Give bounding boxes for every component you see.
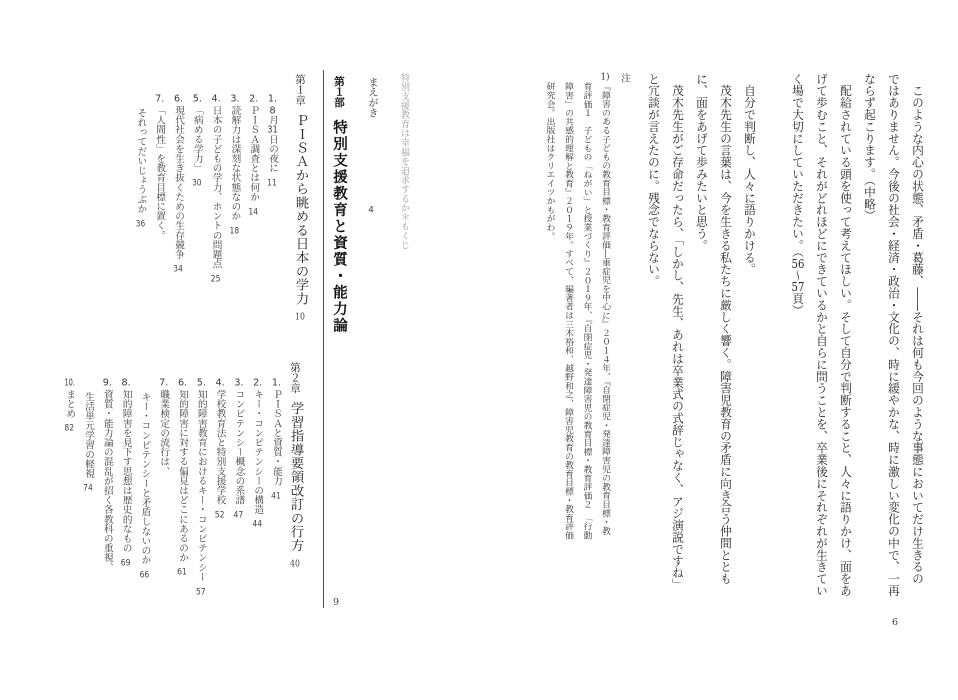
toc-entry: 3.コンピテンシー概念の系譜47 <box>229 362 248 622</box>
toc-entry-label: ＰＩＳＡと資質・能力 <box>271 390 282 486</box>
toc-entry-label: 現代社会を生き抜くための生存競争 <box>173 106 184 260</box>
toc-entry-page: 52 <box>215 511 225 520</box>
body-column: と冗談が言えたのに。残念でならない。 <box>642 73 666 598</box>
part-heading: 第１部特別支援教育と資質・能力論 <box>329 76 350 334</box>
left-page-number: 9 <box>333 597 339 608</box>
toc-entry-page: 34 <box>173 265 183 274</box>
toc-entry-page: 74 <box>83 484 93 493</box>
toc-entry: 6.知的障害に対する偏見はどこにあるのか61 <box>172 362 191 622</box>
body-column: 茂木先生がご存命だったら、「しかし、先生、あれは卒業式の式辞じゃなく、アジ演説で… <box>666 73 690 598</box>
toc-entry-label: まとめ <box>64 390 75 419</box>
toc-entry: 9.資質・能力論の混乱が招く各教科の重視、 <box>97 362 116 622</box>
toc-entry-label: 生活単元学習の軽視 <box>83 392 94 478</box>
toc-entry-label: 「人間性」を教育目標に置く。 <box>154 106 165 240</box>
toc-entry-number: 2. <box>248 94 259 104</box>
note-column: 障害」の共感的理解と教育』２０１９年。すべて、編著者は三木裕和、越野和之、障害児… <box>559 73 578 598</box>
toc-entry-label: 知的障害を見下す思想は歴史的なもの <box>121 390 132 553</box>
toc-entry-number: 6. <box>177 378 188 388</box>
toc-entry-label: それってだいじょうぶか <box>135 108 146 214</box>
toc-entry: 7.職業検定の流行は、 <box>153 362 172 622</box>
toc-entry-label: コンピテンシー概念の系譜 <box>233 390 244 505</box>
toc-entry-page: 69 <box>121 559 131 568</box>
toc-entry-page: 44 <box>252 520 262 529</box>
running-head: 特別支援教育は幸福を追求するか＊もくじ <box>398 73 411 250</box>
toc-entry-number: 7. <box>154 94 165 104</box>
body-column: ではありません。今後の社会・経済・政治・文化の、時に緩やかな、時に激しい変化の中… <box>882 73 906 598</box>
body-column: 配給されている頭を使って考えてほしい。そして自分で判断すること、人々に語りかけ、… <box>834 73 858 598</box>
toc-entry: 5.「病める学力」30 <box>187 74 206 354</box>
toc-entry-page: 47 <box>233 511 243 520</box>
toc-entry-label: 読解力は深刻な状態なのか <box>229 106 240 221</box>
toc-entry-page: 30 <box>192 179 202 188</box>
toc-entry-label: 資質・能力論の混乱が招く各教科の重視、 <box>102 390 113 572</box>
right-page-number: 6 <box>892 617 898 628</box>
toc-entry-label: 職業検定の流行は、 <box>158 390 169 476</box>
toc-entry-page: 36 <box>135 220 145 229</box>
toc-entry-page: 25 <box>211 275 221 284</box>
toc-entry: 5.知的障害教育におけるキー・コンピテンシー57 <box>191 362 210 622</box>
front-matter-page: 4 <box>366 206 376 215</box>
chapter1-title: ＰＩＳＡから眺める日本の学力 <box>293 114 308 306</box>
chapter2-heading: 第２章学習指導要領改訂の行方40 <box>285 362 305 622</box>
body-column: 自分で判断し、人々に語りかける。 <box>738 73 762 598</box>
toc-entry-number: 5. <box>192 94 203 104</box>
toc-entry-number: 7. <box>158 378 169 388</box>
toc-entry-number: 3. <box>233 378 244 388</box>
body-column: げて歩むこと、それがどれほどにできているかと自らに問うことを、卒業後にそれぞれが… <box>810 73 834 598</box>
part-number: 第１部 <box>333 76 345 108</box>
toc-entry-page: 11 <box>267 179 277 188</box>
toc-entry: 8.知的障害を見下す思想は歴史的なもの69 <box>116 362 135 622</box>
toc-entry-number: 3. <box>229 94 240 104</box>
toc-entry-page: 14 <box>248 208 258 217</box>
toc-entry-label: 学校教育法と特別支援学校 <box>215 390 226 505</box>
text-page: このような内心の状態、矛盾・葛藤、――それは何も今回のような事態においてだけ生き… <box>479 0 958 700</box>
toc-entry: 4.日本の子どもの学力、ホントの問題点25 <box>206 74 225 354</box>
note-column: 研究会。出版社はクリエイツかもがわ。 <box>540 73 559 598</box>
toc-entry-page: 18 <box>229 227 239 236</box>
body-column: ならず起こります。（中略） <box>858 73 882 598</box>
toc-page: 特別支援教育は幸福を追求するか＊もくじ まえがき4 第１部特別支援教育と資質・能… <box>0 0 479 700</box>
part-divider-rule <box>323 70 324 608</box>
toc-entry-number: 4. <box>211 94 222 104</box>
chapter2-page: 40 <box>290 560 300 569</box>
toc-entry-number: 5. <box>196 378 207 388</box>
body-column: く場で大切にしていただきたい。（56〜57頁） <box>786 73 810 598</box>
toc-entry-page: 57 <box>196 588 206 597</box>
front-matter-entry: まえがき4 <box>364 77 379 215</box>
toc-entry: 2.ＰＩＳＡ調査とは何か14 <box>243 74 262 354</box>
toc-entry: 10.まとめ82 <box>59 362 78 622</box>
chapter1-toc: 第１章ＰＩＳＡから眺める日本の学力10 1.8月31日の夜に11 2.ＰＩＳＡ調… <box>131 74 311 354</box>
toc-entry-page: 61 <box>177 568 187 577</box>
toc-entry-label: 知的障害教育におけるキー・コンピテンシー <box>196 390 207 582</box>
toc-entry: 7.「人間性」を教育目標に置く。 <box>149 74 168 354</box>
toc-entry-number: 4. <box>215 378 226 388</box>
toc-entry-continuation: それってだいじょうぶか36 <box>131 74 150 354</box>
note-column: 育評価１ 子どもの「ねがい」と授業づくり』２０１９年、『自閉症児・発達障害児の教… <box>577 73 596 598</box>
body-column: に、面をあげて歩みたいと思う。 <box>690 73 714 598</box>
chapter2-number: 第２章 <box>289 362 301 394</box>
toc-entry-number: 1. <box>271 378 282 388</box>
toc-entry-label: ＰＩＳＡ調査とは何か <box>248 106 259 202</box>
toc-entry-label: 8月31日の夜に <box>267 106 278 173</box>
toc-entry: 4.学校教育法と特別支援学校52 <box>210 362 229 622</box>
chapter2-title: 学習指導要領改訂の行方 <box>288 402 303 553</box>
chapter1-heading: 第１章ＰＩＳＡから眺める日本の学力10 <box>289 74 311 354</box>
body-column: 茂木先生の言葉は、今を生きる私たちに厳しく響く。障害児教育の矛盾に向き合う仲間と… <box>714 73 738 598</box>
chapter2-toc: 第２章学習指導要領改訂の行方40 1.ＰＩＳＡと資質・能力41 2.キー・コンピ… <box>59 362 305 622</box>
toc-entry-page: 82 <box>64 424 74 433</box>
book-spread: 特別支援教育は幸福を追求するか＊もくじ まえがき4 第１部特別支援教育と資質・能… <box>0 0 958 700</box>
chapter1-page: 10 <box>295 313 305 322</box>
toc-entry-number: 10. <box>64 378 75 388</box>
body-column: このような内心の状態、矛盾・葛藤、――それは何も今回のような事態においてだけ生き… <box>906 73 930 598</box>
toc-entry: 2.キー・コンピテンシーの構造44 <box>247 362 266 622</box>
toc-entry-label: キー・コンピテンシーと矛盾しないのか <box>139 392 150 565</box>
toc-entry-label: 日本の子どもの学力、ホントの問題点 <box>211 106 222 269</box>
toc-entry-number: 6. <box>173 94 184 104</box>
toc-entry-number: 2. <box>252 378 263 388</box>
toc-entry: 3.読解力は深刻な状態なのか18 <box>225 74 244 354</box>
note-column: 1)『障害のある子どもの教育目標・教育評価―重症児を中心に』２０１４年、『自閉症… <box>596 73 615 598</box>
chapter1-number: 第１章 <box>294 74 306 106</box>
toc-entry-number: 9. <box>102 378 113 388</box>
toc-entry: 1.8月31日の夜に11 <box>262 74 281 354</box>
toc-entry-continuation: 生活単元学習の軽視74 <box>78 362 97 622</box>
front-matter-label: まえがき <box>366 77 377 118</box>
toc-entry-continuation: キー・コンピテンシーと矛盾しないのか66 <box>135 362 154 622</box>
toc-entry-label: 知的障害に対する偏見はどこにあるのか <box>177 390 188 563</box>
notes-heading: 注 <box>614 73 634 598</box>
toc-entry-label: キー・コンピテンシーの構造 <box>252 390 263 515</box>
toc-entry: 1.ＰＩＳＡと資質・能力41 <box>266 362 285 622</box>
body-text: このような内心の状態、矛盾・葛藤、――それは何も今回のような事態においてだけ生き… <box>540 73 930 598</box>
toc-entry-page: 66 <box>139 571 149 580</box>
part-title: 特別支援教育と資質・能力論 <box>331 120 347 335</box>
toc-entry-label: 「病める学力」 <box>192 106 203 173</box>
toc-entry-number: 1. <box>267 94 278 104</box>
toc-entry-number: 8. <box>121 378 132 388</box>
toc-entry: 6.現代社会を生き抜くための生存競争34 <box>168 74 187 354</box>
toc-entry-page: 41 <box>271 492 281 501</box>
